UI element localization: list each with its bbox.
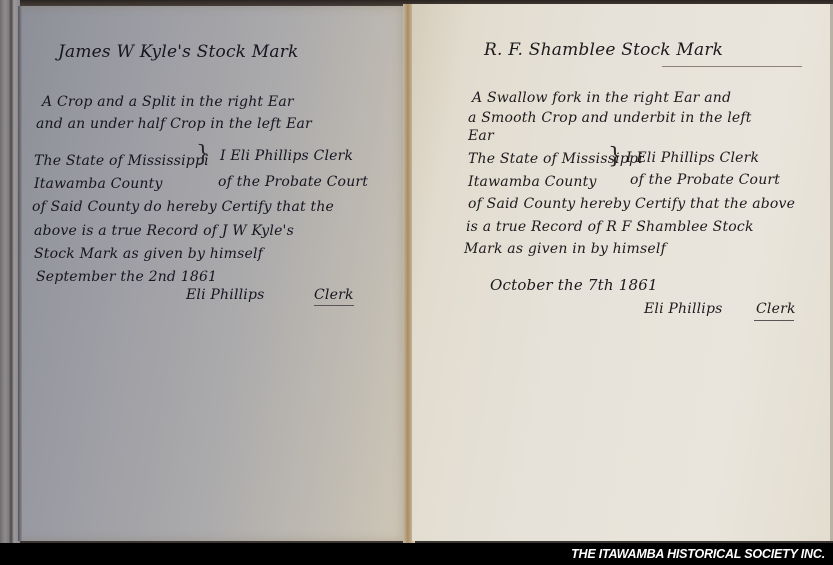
right-cert-date: October the 7th 1861 <box>490 276 658 294</box>
right-cert-county: Itawamba County <box>468 174 597 190</box>
right-page-heading: R. F. Shamblee Stock Mark <box>484 40 723 60</box>
left-cert-clerk: I Eli Phillips Clerk <box>220 148 353 164</box>
left-page-heading: James W Kyle's Stock Mark <box>58 42 299 62</box>
right-cert-clerk: I Eli Phillips Clerk <box>626 150 759 166</box>
right-signature-title: Clerk <box>756 301 796 317</box>
left-page: James W Kyle's Stock Mark A Crop and a S… <box>18 6 408 541</box>
credit-text: THE ITAWAMBA HISTORICAL SOCIETY INC. <box>571 547 825 561</box>
left-mark-line-1: A Crop and a Split in the right Ear <box>42 94 294 110</box>
left-cert-county: Itawamba County <box>34 176 163 192</box>
right-cert-line-5: Mark as given in by himself <box>464 241 666 257</box>
book-cover-edge <box>0 0 20 543</box>
right-mark-line-3: Ear <box>468 128 494 144</box>
right-cert-line-4: is a true Record of R F Shamblee Stock <box>466 219 754 235</box>
right-mark-line-2: a Smooth Crop and underbit in the left <box>468 110 752 126</box>
left-cert-court: of the Probate Court <box>218 174 368 190</box>
right-page: R. F. Shamblee Stock Mark A Swallow fork… <box>412 4 833 541</box>
left-cert-line-4: above is a true Record of J W Kyle's <box>34 223 294 239</box>
footer-bar: THE ITAWAMBA HISTORICAL SOCIETY INC. <box>0 543 833 565</box>
left-signature-flourish <box>314 305 354 306</box>
right-brace: } <box>608 144 622 169</box>
left-cert-line-3: of Said County do hereby Certify that th… <box>32 199 334 215</box>
right-signature: Eli Phillips <box>644 301 723 317</box>
right-cert-line-3: of Said County hereby Certify that the a… <box>468 196 795 212</box>
left-cert-line-5: Stock Mark as given by himself <box>34 246 263 262</box>
left-cert-state: The State of Mississippi <box>34 153 209 169</box>
right-heading-flourish <box>662 66 802 67</box>
left-signature-title: Clerk <box>314 287 354 303</box>
right-cert-court: of the Probate Court <box>630 172 780 188</box>
left-mark-line-2: and an under half Crop in the left Ear <box>36 116 312 132</box>
left-brace: } <box>196 142 210 167</box>
right-mark-line-1: A Swallow fork in the right Ear and <box>472 90 731 106</box>
left-cert-date: September the 2nd 1861 <box>36 269 217 285</box>
right-signature-flourish <box>754 320 794 321</box>
ledger-photo: James W Kyle's Stock Mark A Crop and a S… <box>0 0 833 543</box>
left-signature: Eli Phillips <box>186 287 265 303</box>
